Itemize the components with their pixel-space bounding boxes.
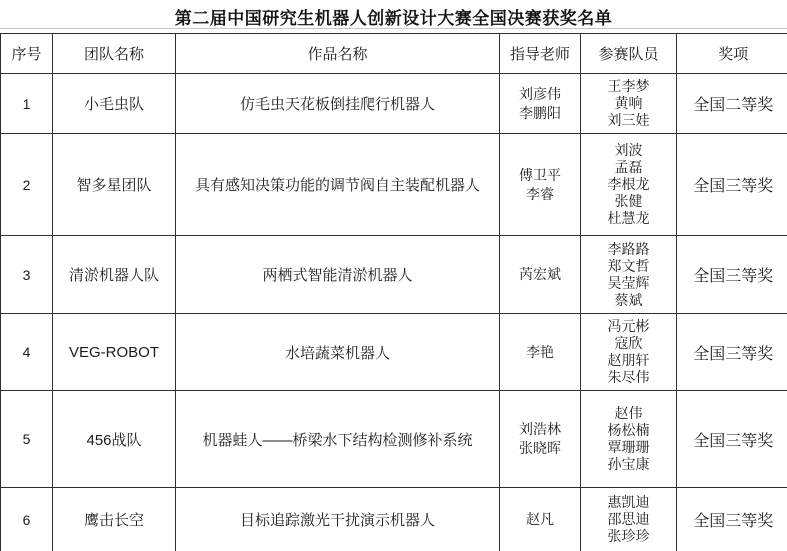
team-name-cell: 456战队: [53, 391, 176, 488]
row-number-cell: 1: [1, 74, 53, 134]
award-cell: 全国三等奖: [677, 236, 787, 314]
team-name-cell: 智多星团队: [53, 134, 176, 236]
award-cell: 全国三等奖: [677, 314, 787, 391]
award-cell: 全国三等奖: [677, 391, 787, 488]
awards-table: 序号 团队名称 作品名称 指导老师 参赛队员 奖项 1小毛虫队仿毛虫天花板倒挂爬…: [0, 33, 787, 551]
members-cell: 李路路 郑文哲 吴莹辉 蔡斌: [581, 236, 677, 314]
row-number-cell: 2: [1, 134, 53, 236]
work-title-cell: 两栖式智能清淤机器人: [176, 236, 500, 314]
header-row: 序号 团队名称 作品名称 指导老师 参赛队员 奖项: [1, 34, 787, 74]
row-number-cell: 3: [1, 236, 53, 314]
table-header: 序号 团队名称 作品名称 指导老师 参赛队员 奖项: [1, 34, 787, 74]
header-award: 奖项: [677, 34, 787, 74]
header-advisor: 指导老师: [500, 34, 581, 74]
team-name-cell: VEG-ROBOT: [53, 314, 176, 391]
award-cell: 全国二等奖: [677, 74, 787, 134]
work-title-cell: 目标追踪激光干扰演示机器人: [176, 488, 500, 551]
team-name-cell: 小毛虫队: [53, 74, 176, 134]
advisor-cell: 傅卫平 李睿: [500, 134, 581, 236]
advisor-cell: 李艳: [500, 314, 581, 391]
members-cell: 刘波 孟磊 李根龙 张健 杜慧龙: [581, 134, 677, 236]
table-row: 1小毛虫队仿毛虫天花板倒挂爬行机器人刘彦伟 李鹏阳王李梦 黄响 刘三娃全国二等奖: [1, 74, 787, 134]
page-title: 第二届中国研究生机器人创新设计大赛全国决赛获奖名单: [0, 0, 787, 29]
page: 第二届中国研究生机器人创新设计大赛全国决赛获奖名单 序号 团队名称 作品名称 指…: [0, 0, 787, 551]
row-number-cell: 6: [1, 488, 53, 551]
work-title-cell: 具有感知决策功能的调节阀自主装配机器人: [176, 134, 500, 236]
work-title-cell: 水培蔬菜机器人: [176, 314, 500, 391]
advisor-cell: 刘彦伟 李鹏阳: [500, 74, 581, 134]
advisor-cell: 赵凡: [500, 488, 581, 551]
team-name-cell: 鹰击长空: [53, 488, 176, 551]
table-row: 3清淤机器人队两栖式智能清淤机器人芮宏斌李路路 郑文哲 吴莹辉 蔡斌全国三等奖: [1, 236, 787, 314]
members-cell: 冯元彬 寇欣 赵朋轩 朱尽伟: [581, 314, 677, 391]
awards-table-body: 1小毛虫队仿毛虫天花板倒挂爬行机器人刘彦伟 李鹏阳王李梦 黄响 刘三娃全国二等奖…: [1, 74, 787, 551]
table-row: 5456战队机器蛙人——桥梁水下结构检测修补系统刘浩林 张晓晖赵伟 杨松楠 覃珊…: [1, 391, 787, 488]
header-team-name: 团队名称: [53, 34, 176, 74]
table-row: 4VEG-ROBOT水培蔬菜机器人李艳冯元彬 寇欣 赵朋轩 朱尽伟全国三等奖: [1, 314, 787, 391]
members-cell: 惠凯迪 邵思迪 张珍珍: [581, 488, 677, 551]
row-number-cell: 5: [1, 391, 53, 488]
work-title-cell: 机器蛙人——桥梁水下结构检测修补系统: [176, 391, 500, 488]
members-cell: 王李梦 黄响 刘三娃: [581, 74, 677, 134]
award-cell: 全国三等奖: [677, 488, 787, 551]
table-row: 6鹰击长空目标追踪激光干扰演示机器人赵凡惠凯迪 邵思迪 张珍珍全国三等奖: [1, 488, 787, 551]
header-work-name: 作品名称: [176, 34, 500, 74]
row-number-cell: 4: [1, 314, 53, 391]
advisor-cell: 芮宏斌: [500, 236, 581, 314]
header-serial-number: 序号: [1, 34, 53, 74]
members-cell: 赵伟 杨松楠 覃珊珊 孙宝康: [581, 391, 677, 488]
work-title-cell: 仿毛虫天花板倒挂爬行机器人: [176, 74, 500, 134]
team-name-cell: 清淤机器人队: [53, 236, 176, 314]
title-divider: [0, 28, 787, 29]
award-cell: 全国三等奖: [677, 134, 787, 236]
advisor-cell: 刘浩林 张晓晖: [500, 391, 581, 488]
header-members: 参赛队员: [581, 34, 677, 74]
table-row: 2智多星团队具有感知决策功能的调节阀自主装配机器人傅卫平 李睿刘波 孟磊 李根龙…: [1, 134, 787, 236]
